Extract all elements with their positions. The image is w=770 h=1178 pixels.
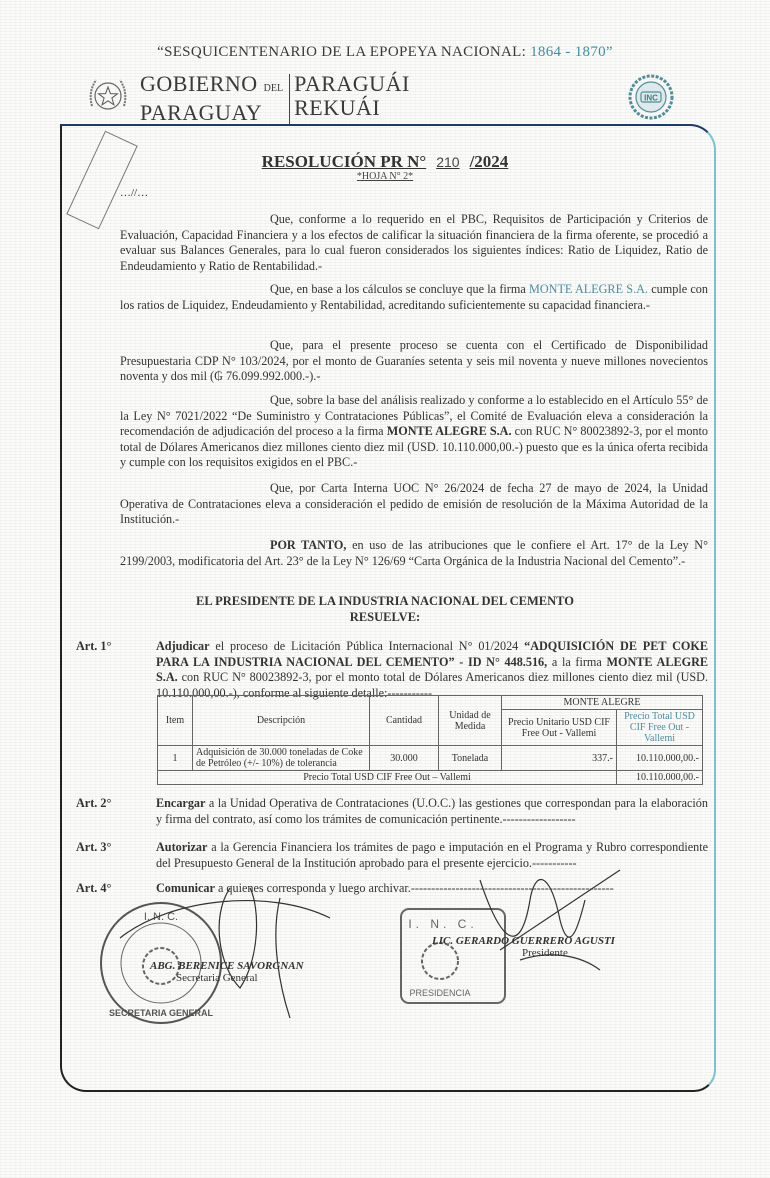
gov-word-paraguay: PARAGUAY <box>140 101 283 125</box>
sheet-number: *HOJA N° 2* <box>0 171 770 182</box>
text-run: Comunicar <box>156 881 215 895</box>
commemorative-motto: “SESQUICENTENARIO DE LA EPOPEYA NACIONAL… <box>0 44 770 61</box>
table-total-row: Precio Total USD CIF Free Out – Vallemi … <box>158 771 703 785</box>
consideration-paragraph: Que, en base a los cálculos se concluye … <box>120 282 708 313</box>
wordmark-divider <box>289 74 290 125</box>
article-text: Adjudicar el proceso de Licitación Públi… <box>156 639 708 701</box>
text-run: a quienes corresponda y luego archivar.-… <box>215 881 614 895</box>
gov-word-gobierno: GOBIERNO <box>140 71 258 96</box>
por-tanto-paragraph: POR TANTO, en uso de las atribuciones qu… <box>120 538 708 569</box>
text-run: a la Gerencia Financiera los trámites de… <box>156 840 708 870</box>
inc-seal-icon: INC <box>628 74 674 120</box>
col-header-unit: Unidad de Medida <box>439 696 502 746</box>
text-run: Que, para el presente proceso se cuenta … <box>120 338 708 383</box>
article-text: Encargar a la Unidad Operativa de Contra… <box>156 796 708 827</box>
consideration-paragraph: Que, conforme a lo requerido en el PBC, … <box>120 212 708 274</box>
gov-word-rekuai: REKUÁI <box>294 96 410 120</box>
cell-unit: Tonelada <box>439 746 502 771</box>
svg-text:SECRETARIA GENERAL: SECRETARIA GENERAL <box>109 1008 214 1018</box>
title-prefix: RESOLUCIÓN PR N° <box>262 152 427 171</box>
col-header-description: Descripción <box>193 696 370 746</box>
president-signature-block: LIC. GERARDO GUERRERO AGUSTI Presidente <box>432 935 615 959</box>
consideration-paragraph: Que, sobre la base del análisis realizad… <box>120 393 708 471</box>
secretary-role: Secretaria General <box>150 972 304 984</box>
motto-years: 1864 - 1870” <box>530 44 613 60</box>
secretary-name: ABG. BERENICE SAVORGNAN <box>150 960 304 972</box>
svg-text:I. N. C.: I. N. C. <box>144 911 178 923</box>
text-run: MONTE ALEGRE S.A. <box>387 424 512 438</box>
secretary-signature-block: ABG. BERENICE SAVORGNAN Secretaria Gener… <box>150 960 304 984</box>
article-label: Art. 1° <box>76 639 156 701</box>
consideration-paragraph: Que, para el presente proceso se cuenta … <box>120 338 708 385</box>
svg-text:I. N. C.: I. N. C. <box>408 917 477 931</box>
col-header-quantity: Cantidad <box>370 696 439 746</box>
text-run: POR TANTO, <box>270 538 346 552</box>
article-3: Art. 3° Autorizar a la Gerencia Financie… <box>76 840 708 871</box>
resolution-number: 210 <box>426 154 469 170</box>
article-text: Autorizar a la Gerencia Financiera los t… <box>156 840 708 871</box>
president-name: LIC. GERARDO GUERRERO AGUSTI <box>432 935 615 947</box>
gov-word-del: DEL <box>264 83 283 94</box>
resolution-year: /2024 <box>470 152 509 171</box>
national-coat-of-arms-icon <box>84 72 132 120</box>
resolve-heading-line1: EL PRESIDENTE DE LA INDUSTRIA NACIONAL D… <box>0 593 770 609</box>
article-2: Art. 2° Encargar a la Unidad Operativa d… <box>76 796 708 827</box>
text-run: a la firma <box>547 655 606 669</box>
cell-total-price: 10.110.000,00.- <box>617 746 703 771</box>
president-role: Presidente <box>432 947 615 959</box>
article-label: Art. 4° <box>76 881 156 897</box>
resolution-title: RESOLUCIÓN PR N°210/2024 <box>0 152 770 172</box>
text-run: Que, conforme a lo requerido en el PBC, … <box>120 212 708 273</box>
article-label: Art. 3° <box>76 840 156 871</box>
col-header-total-price: Precio Total USD CIF Free Out - Vallemi <box>617 710 703 746</box>
col-group-header-bidder: MONTE ALEGRE <box>502 696 703 710</box>
consideration-paragraph: Que, por Carta Interna UOC N° 26/2024 de… <box>120 481 708 528</box>
article-label: Art. 2° <box>76 796 156 827</box>
government-wordmark: GOBIERNO DEL PARAGUAY PARAGUÁI REKUÁI <box>140 72 410 125</box>
resolve-heading: EL PRESIDENTE DE LA INDUSTRIA NACIONAL D… <box>0 593 770 625</box>
cell-item: 1 <box>158 746 193 771</box>
text-run: a la Unidad Operativa de Contrataciones … <box>156 796 708 826</box>
col-header-unit-price: Precio Unitario USD CIF Free Out - Valle… <box>502 710 617 746</box>
col-header-item: Item <box>158 696 193 746</box>
text-run: Encargar <box>156 796 205 810</box>
cell-quantity: 30.000 <box>370 746 439 771</box>
total-value: 10.110.000,00.- <box>617 771 703 785</box>
total-label: Precio Total USD CIF Free Out – Vallemi <box>158 771 617 785</box>
table-row: 1 Adquisición de 30.000 toneladas de Cok… <box>158 746 703 771</box>
article-text: Comunicar a quienes corresponda y luego … <box>156 881 708 897</box>
cell-description: Adquisición de 30.000 toneladas de Coke … <box>193 746 370 771</box>
text-run: Que, en base a los cálculos se concluye … <box>270 282 529 296</box>
svg-text:PRESIDENCIA: PRESIDENCIA <box>409 988 470 998</box>
resolve-heading-line2: RESUELVE: <box>0 609 770 625</box>
gov-word-paraguai: PARAGUÁI <box>294 72 410 96</box>
article-1: Art. 1° Adjudicar el proceso de Licitaci… <box>76 639 708 701</box>
continuation-mark: …//… <box>120 187 148 199</box>
cell-unit-price: 337.- <box>502 746 617 771</box>
text-run: Adjudicar <box>156 639 210 653</box>
svg-text:INC: INC <box>644 94 658 103</box>
award-detail-table: Item Descripción Cantidad Unidad de Medi… <box>157 695 703 785</box>
text-run: en uso de las atribuciones que le confie… <box>120 538 708 568</box>
text-run: el proceso de Licitación Pública Interna… <box>210 639 525 653</box>
article-4: Art. 4° Comunicar a quienes corresponda … <box>76 881 708 897</box>
text-run: Que, por Carta Interna UOC N° 26/2024 de… <box>120 481 708 526</box>
text-run: MONTE ALEGRE S.A. <box>529 282 648 296</box>
text-run: Autorizar <box>156 840 207 854</box>
motto-text: “SESQUICENTENARIO DE LA EPOPEYA NACIONAL… <box>157 44 530 60</box>
